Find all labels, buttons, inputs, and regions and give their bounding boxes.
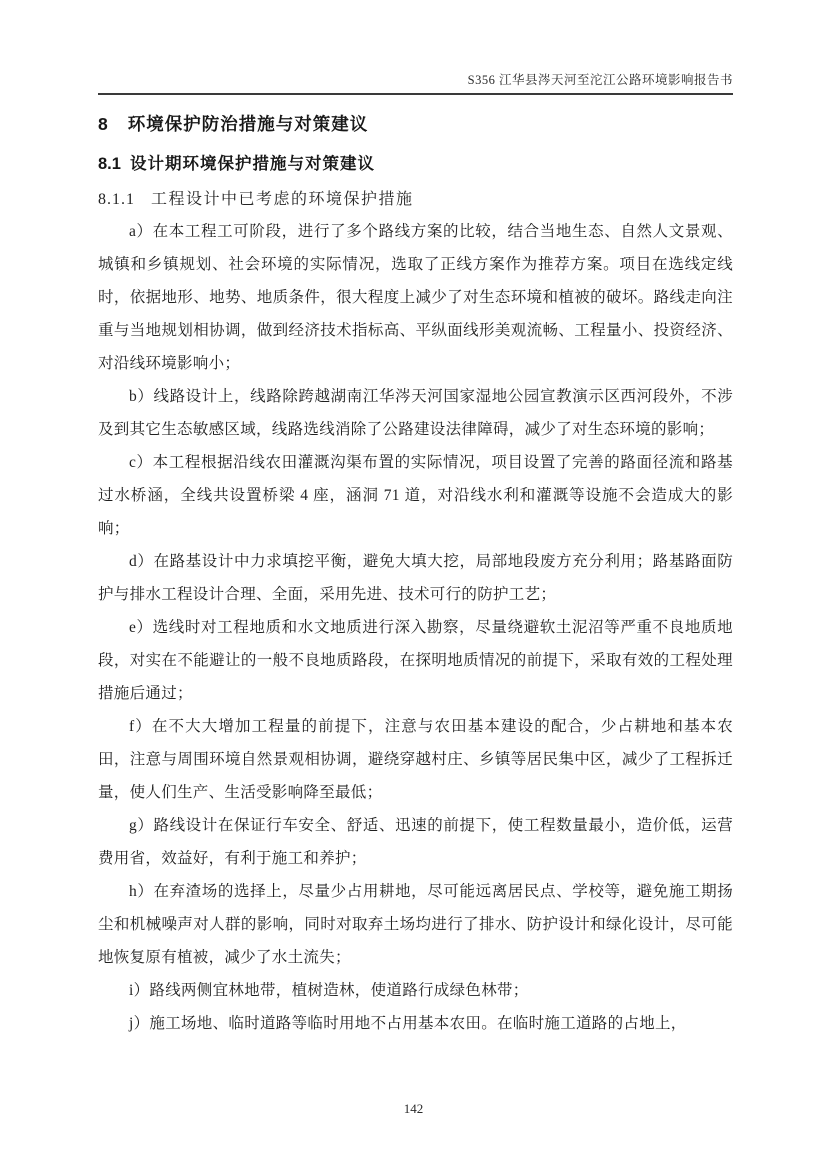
body-paragraph-j: j）施工场地、临时道路等临时用地不占用基本农田。在临时施工道路的占地上， [98,1007,733,1040]
running-header: S356 江华县涔天河至沱江公路环境影响报告书 [98,0,733,95]
subsection-heading: 8.1.1工程设计中已考虑的环境保护措施 [98,186,733,209]
section-heading: 8.1设计期环境保护措施与对策建议 [98,150,733,174]
body-paragraph-f: f）在不大大增加工程量的前提下，注意与农田基本建设的配合，少占耕地和基本农田，注… [98,710,733,809]
chapter-heading: 8环境保护防治措施与对策建议 [98,111,733,136]
page-number: 142 [0,1101,827,1117]
body-paragraph-b: b）线路设计上，线路除跨越湖南江华涔天河国家湿地公园宣教演示区西河段外，不涉及到… [98,380,733,446]
body-text: a）在本工程工可阶段，进行了多个路线方案的比较，结合当地生态、自然人文景观、城镇… [98,215,733,1040]
body-paragraph-a: a）在本工程工可阶段，进行了多个路线方案的比较，结合当地生态、自然人文景观、城镇… [98,215,733,380]
body-paragraph-h: h）在弃渣场的选择上，尽量少占用耕地，尽可能远离居民点、学校等，避免施工期扬尘和… [98,875,733,974]
chapter-number: 8 [98,114,108,134]
document-page: S356 江华县涔天河至沱江公路环境影响报告书 8环境保护防治措施与对策建议 8… [0,0,827,1169]
page-content: S356 江华县涔天河至沱江公路环境影响报告书 8环境保护防治措施与对策建议 8… [98,0,733,1040]
body-paragraph-c: c）本工程根据沿线农田灌溉沟渠布置的实际情况，项目设置了完善的路面径流和路基过水… [98,446,733,545]
chapter-title: 环境保护防治措施与对策建议 [128,114,369,134]
section-number: 8.1 [98,155,121,173]
body-paragraph-g: g）路线设计在保证行车安全、舒适、迅速的前提下，使工程数量最小，造价低，运营费用… [98,809,733,875]
subsection-number: 8.1.1 [98,191,135,208]
body-paragraph-e: e）选线时对工程地质和水文地质进行深入勘察，尽量绕避软土泥沼等严重不良地质地段，… [98,611,733,710]
body-paragraph-d: d）在路基设计中力求填挖平衡，避免大填大挖，局部地段废方充分利用；路基路面防护与… [98,545,733,611]
body-paragraph-i: i）路线两侧宜林地带，植树造林，使道路行成绿色林带； [98,974,733,1007]
section-title: 设计期环境保护措施与对策建议 [130,155,375,173]
subsection-title: 工程设计中已考虑的环境保护措施 [151,191,414,208]
